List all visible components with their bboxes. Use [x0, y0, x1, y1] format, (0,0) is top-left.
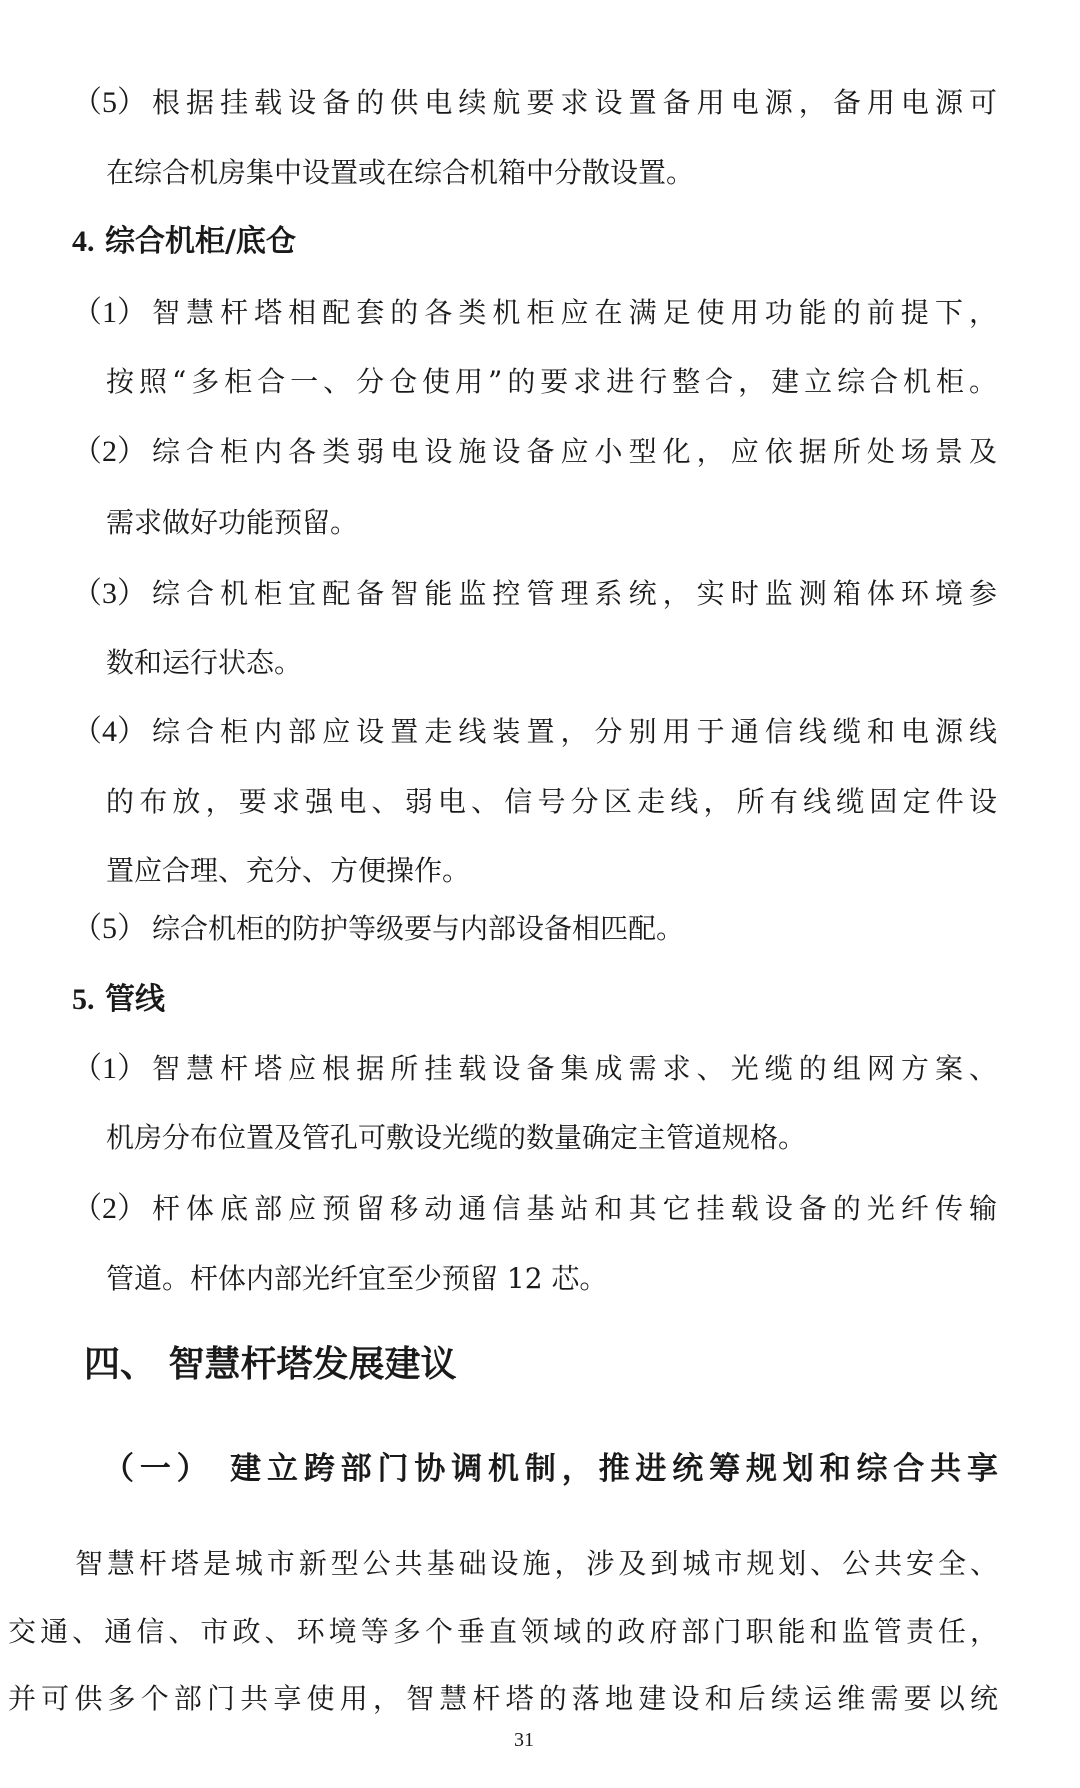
item-text-continuation: 数和运行状态。 — [106, 643, 997, 683]
item-text: 根据挂载设备的供电续航要求设置备用电源，备用电源可 — [152, 83, 997, 123]
page-number: 31 — [500, 1728, 548, 1752]
paragraph-line: 智慧杆塔是城市新型公共基础设施，涉及到城市规划、公共安全、 — [75, 1544, 998, 1584]
item-text-continuation: 置应合理、充分、方便操作。 — [106, 851, 997, 891]
item-text-continuation: 在综合机房集中设置或在综合机箱中分散设置。 — [106, 153, 997, 193]
section-title: 综合机柜/底仓 — [105, 224, 296, 259]
list-item-power-backup: （5） 根据挂载设备的供电续航要求设置备用电源，备用电源可 — [72, 83, 997, 123]
item-text: 综合柜内各类弱电设施设备应小型化，应依据所处场景及 — [152, 432, 997, 472]
list-item-pipeline-2: （2） 杆体底部应预留移动通信基站和其它挂载设备的光纤传输 — [72, 1189, 997, 1229]
item-text-continuation: 按照“多柜合一、分仓使用”的要求进行整合，建立综合机柜。 — [106, 362, 997, 402]
list-item-cabinet-2: （2） 综合柜内各类弱电设施设备应小型化，应依据所处场景及 — [72, 432, 997, 472]
list-item-cabinet-4: （4） 综合柜内部应设置走线装置，分别用于通信线缆和电源线 — [72, 712, 997, 752]
list-item-cabinet-5: （5） 综合机柜的防护等级要与内部设备相匹配。 — [72, 909, 997, 949]
section-number: 5. — [72, 983, 95, 1016]
item-text: 综合柜内部应设置走线装置，分别用于通信线缆和电源线 — [152, 712, 997, 752]
subsection-heading: （一） 建立跨部门协调机制，推进统筹规划和综合共享 — [103, 1447, 998, 1491]
paragraph-line: 交通、通信、市政、环境等多个垂直领域的政府部门职能和监管责任， — [8, 1612, 998, 1652]
item-number: （5） — [72, 83, 152, 123]
paragraph-line: 并可供多个部门共享使用，智慧杆塔的落地建设和后续运维需要以统 — [8, 1679, 998, 1719]
item-number: （4） — [72, 712, 152, 752]
section-heading-pipeline: 5. 管线 — [72, 980, 165, 1020]
item-text: 杆体底部应预留移动通信基站和其它挂载设备的光纤传输 — [152, 1189, 997, 1229]
item-number: （1） — [72, 293, 152, 333]
item-text-continuation: 的布放，要求强电、弱电、信号分区走线，所有线缆固定件设 — [106, 782, 997, 822]
item-number: （2） — [72, 432, 152, 472]
item-number: （3） — [72, 574, 152, 614]
item-text: 综合机柜宜配备智能监控管理系统，实时监测箱体环境参 — [152, 574, 997, 614]
list-item-cabinet-1: （1） 智慧杆塔相配套的各类机柜应在满足使用功能的前提下， — [72, 293, 997, 333]
section-title: 管线 — [105, 982, 165, 1017]
item-text: 综合机柜的防护等级要与内部设备相匹配。 — [152, 909, 997, 949]
item-text-continuation: 需求做好功能预留。 — [106, 503, 997, 543]
item-number: （2） — [72, 1189, 152, 1229]
item-text: 智慧杆塔相配套的各类机柜应在满足使用功能的前提下， — [152, 293, 997, 333]
list-item-cabinet-3: （3） 综合机柜宜配备智能监控管理系统，实时监测箱体环境参 — [72, 574, 997, 614]
item-text-continuation: 机房分布位置及管孔可敷设光缆的数量确定主管道规格。 — [106, 1118, 997, 1158]
item-text: 智慧杆塔应根据所挂载设备集成需求、光缆的组网方案、 — [152, 1049, 997, 1089]
item-number: （1） — [72, 1049, 152, 1089]
item-text-continuation: 管道。杆体内部光纤宜至少预留 12 芯。 — [106, 1259, 997, 1299]
section-number: 4. — [72, 225, 95, 258]
list-item-pipeline-1: （1） 智慧杆塔应根据所挂载设备集成需求、光缆的组网方案、 — [72, 1049, 997, 1089]
section-heading-cabinet: 4. 综合机柜/底仓 — [72, 222, 296, 262]
item-number: （5） — [72, 909, 152, 949]
chapter-heading: 四、 智慧杆塔发展建议 — [84, 1341, 457, 1389]
